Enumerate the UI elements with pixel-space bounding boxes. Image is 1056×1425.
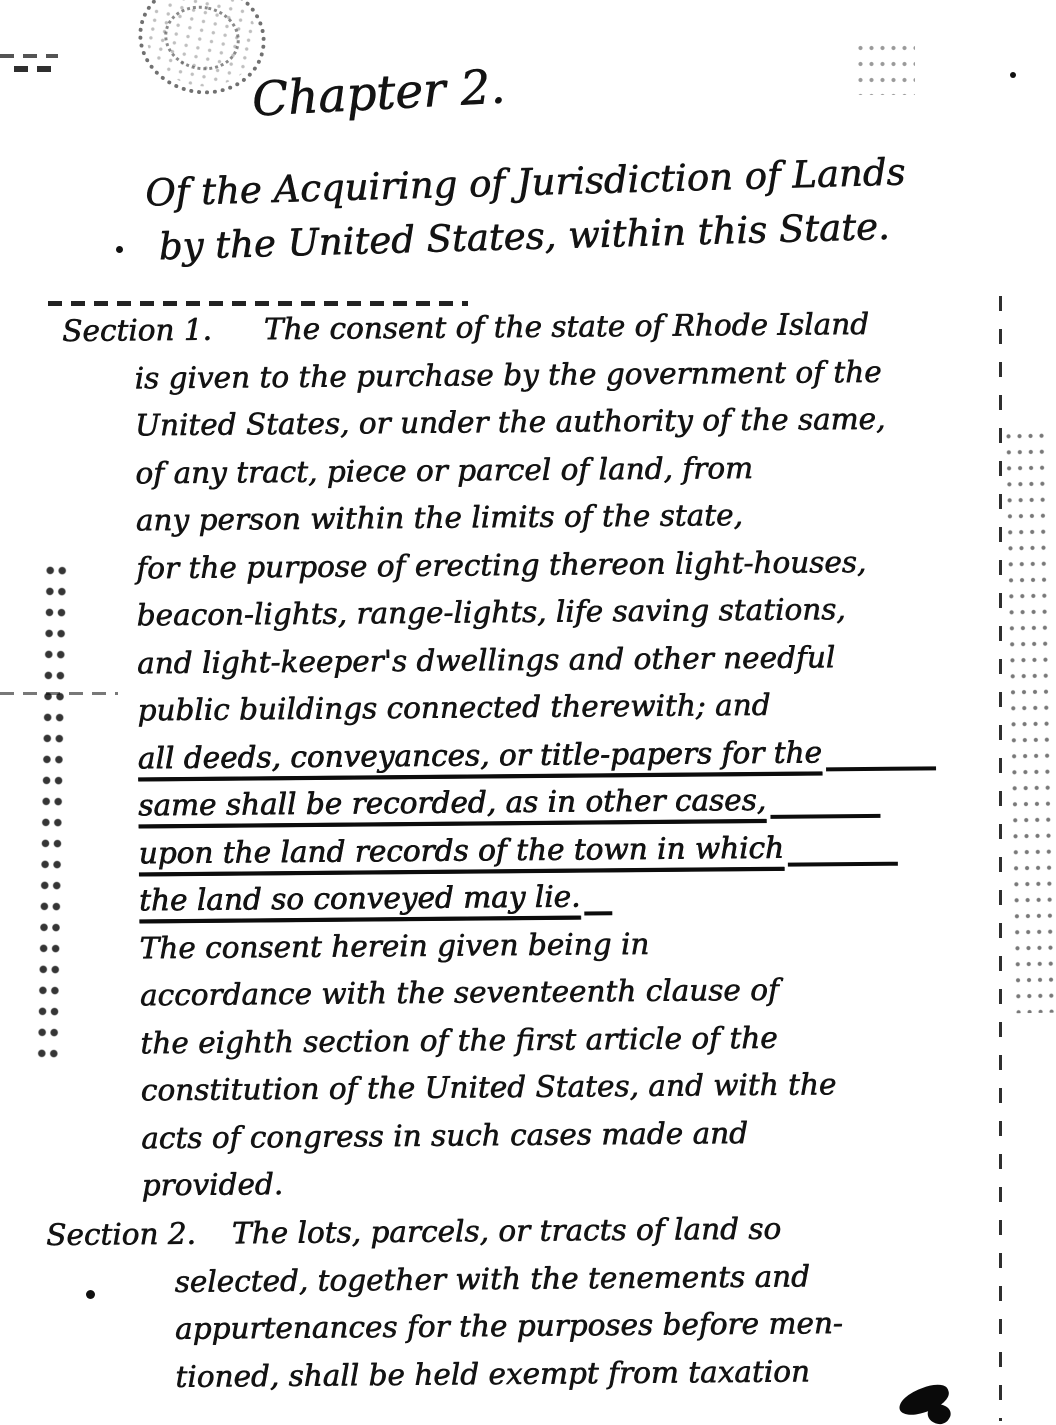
manuscript-line: for the purpose of erecting thereon ligh… (136, 538, 934, 592)
scan-artifact-specks (855, 40, 915, 95)
manuscript-line: United States, or under the authority of… (135, 395, 933, 449)
chapter-heading: Chapter 2. (251, 59, 507, 127)
section-2-label: Section 2. (46, 1217, 196, 1252)
manuscript-line: acts of congress in such cases made and (141, 1108, 939, 1162)
manuscript-line-underlined: same shall be recorded, as in other case… (138, 775, 936, 829)
manuscript-page: Chapter 2. Of the Acquiring of Jurisdict… (0, 0, 1056, 1425)
scan-artifact-dot (1010, 72, 1016, 78)
manuscript-line: selected, together with the tenements an… (174, 1253, 842, 1306)
manuscript-line: The consent herein given being in (139, 918, 937, 972)
manuscript-line: beacon-lights, range-lights, life saving… (136, 585, 934, 639)
manuscript-line: public buildings connected therewith; an… (137, 680, 935, 734)
manuscript-line: provided. (141, 1155, 939, 1209)
manuscript-line-text: The consent of the state of Rhode Island (264, 307, 869, 346)
manuscript-line: and light-keeper's dwellings and other n… (137, 633, 935, 687)
manuscript-line: appurtenances for the purposes before me… (175, 1300, 843, 1353)
manuscript-line: constitution of the United States, and w… (141, 1060, 939, 1114)
manuscript-line-underlined: the land so conveyed may lie. (139, 870, 937, 924)
manuscript-line-underlined: all deeds, conveyances, or title-papers … (138, 728, 936, 782)
scan-artifact-dash (0, 54, 58, 58)
ink-blob (896, 1381, 953, 1420)
scan-artifact-dash (14, 66, 60, 72)
section-2: Section 2.The lots, parcels, or tracts o… (46, 1205, 843, 1402)
manuscript-line: the eighth section of the first article … (140, 1013, 938, 1067)
manuscript-line: accordance with the seventeenth clause o… (140, 965, 938, 1019)
section-1: Section 1.The consent of the state of Rh… (62, 300, 940, 1210)
scan-artifact-right-line (999, 296, 1002, 1421)
scan-artifact-dot (116, 246, 123, 253)
manuscript-line: Section 2.The lots, parcels, or tracts o… (46, 1205, 842, 1259)
manuscript-line-underlined: upon the land records of the town in whi… (139, 823, 937, 877)
stamp-grain (137, 0, 267, 97)
section-1-label: Section 1. (62, 313, 212, 348)
scan-artifact-left-blotches (36, 560, 69, 1065)
manuscript-line-text: The lots, parcels, or tracts of land so (232, 1212, 782, 1251)
scan-artifact-right-speckles (1003, 428, 1056, 1014)
manuscript-line: Section 1.The consent of the state of Rh… (62, 300, 932, 355)
manuscript-line: any person within the limits of the stat… (136, 490, 934, 544)
document-title: Of the Acquiring of Jurisdiction of Land… (145, 145, 908, 274)
ink-blob (924, 1400, 953, 1425)
manuscript-line: is given to the purchase by the governme… (134, 348, 932, 402)
manuscript-line: tioned, shall be held exempt from taxati… (175, 1348, 843, 1401)
manuscript-line: of any tract, piece or parcel of land, f… (135, 443, 933, 497)
